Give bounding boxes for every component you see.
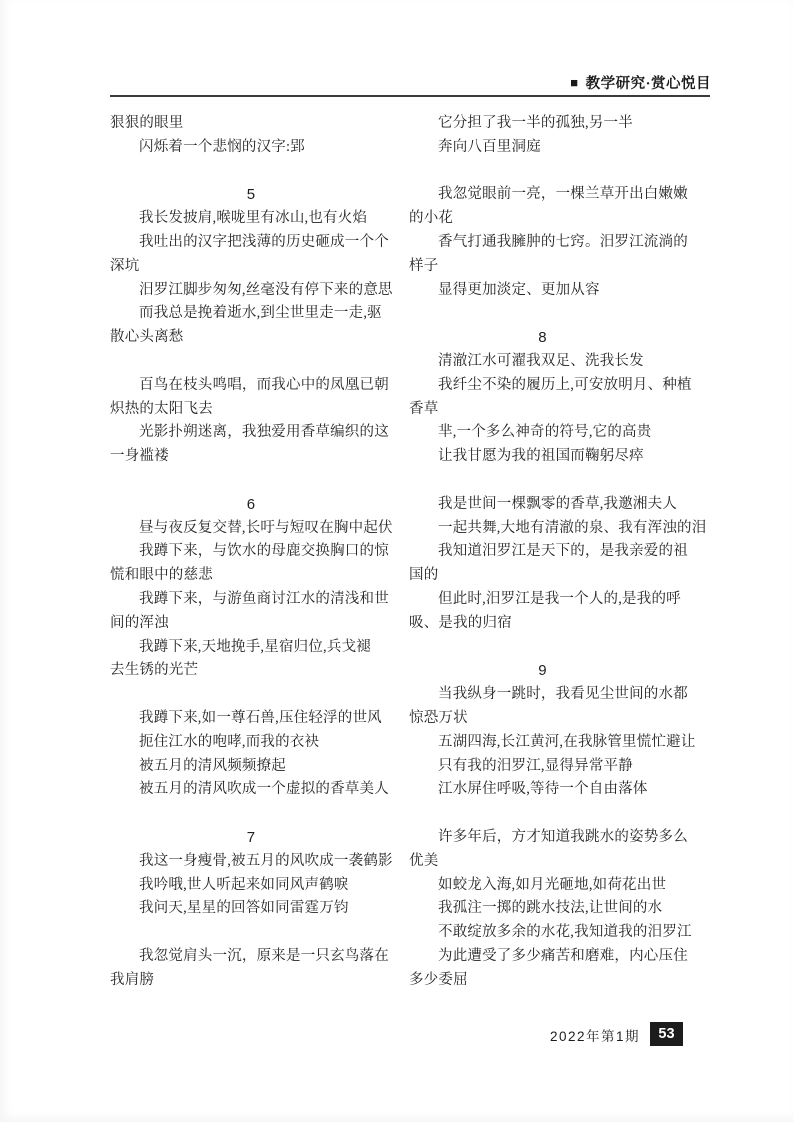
poem-line: 昼与夜反复交替,长吁与短叹在胸中起伏: [110, 517, 392, 541]
poem-line: 芈,一个多么神奇的符号,它的高贵: [409, 421, 712, 445]
poem-line: 被五月的清风吹成一个虚拟的香草美人: [110, 778, 392, 802]
poem-line: 如蛟龙入海,如月光砸地,如荷花出世: [409, 874, 712, 898]
poem-line: 闪烁着一个悲悯的汉字:郢: [110, 136, 392, 160]
poem-line-continuation: 慌和眼中的慈悲: [110, 564, 392, 588]
poem-line: 让我甘愿为我的祖国而鞠躬尽瘁: [409, 445, 712, 469]
header-rule: [110, 95, 710, 97]
stanza-number: 6: [110, 493, 392, 517]
poem-line: 当我纵身一跳时，我看见尘世间的水都: [409, 683, 712, 707]
poem-line: 我忽觉肩头一沉，原来是一只玄鸟落在: [110, 945, 392, 969]
poem-line: 五湖四海,长江黄河,在我脉管里慌忙避让: [409, 731, 712, 755]
poem-column-right: 它分担了我一半的孤独,另一半奔向八百里洞庭我忽觉眼前一亮，一棵兰草开出白嫩嫩的小…: [409, 112, 712, 992]
blank-line: [409, 469, 712, 493]
poem-line: 我吐出的汉字把浅薄的历史砸成一个个: [110, 231, 392, 255]
poem-line: 我吟哦,世人听起来如同风声鹤唳: [110, 874, 392, 898]
poem-line-continuation: 间的浑浊: [110, 612, 392, 636]
journal-page: ■教学研究·赏心悦目 狠狠的眼里闪烁着一个悲悯的汉字:郢5我长发披肩,喉咙里有冰…: [0, 0, 793, 1122]
poem-line: 香气打通我臃肿的七窍。汨罗江流淌的: [409, 231, 712, 255]
blank-line: [110, 683, 392, 707]
issue-label: 2022年第1期: [550, 1025, 640, 1045]
blank-line: [409, 802, 712, 826]
blank-line: [110, 160, 392, 184]
poem-line: 我蹲下来,天地挽手,星宿归位,兵戈褪: [110, 636, 392, 660]
poem-line-continuation: 一身褴褛: [110, 445, 392, 469]
poem-line-continuation: 香草: [409, 398, 712, 422]
poem-line: 我这一身瘦骨,被五月的风吹成一袭鹤影: [110, 850, 392, 874]
page-number-badge: 53: [650, 1022, 683, 1046]
poem-line: 我忽觉眼前一亮，一棵兰草开出白嫩嫩: [409, 183, 712, 207]
poem-line-continuation: 的小花: [409, 207, 712, 231]
poem-line: 我问天,星星的回答如同雷霆万钧: [110, 897, 392, 921]
blank-line: [110, 469, 392, 493]
poem-line: 我蹲下来,如一尊石兽,压住轻浮的世风: [110, 707, 392, 731]
poem-line-continuation: 国的: [409, 564, 712, 588]
poem-line-continuation: 优美: [409, 850, 712, 874]
poem-line: 而我总是挽着逝水,到尘世里走一走,驱: [110, 302, 392, 326]
poem-line: 光影扑朔迷离，我独爱用香草编织的这: [110, 421, 392, 445]
poem-line: 我蹲下来，与饮水的母鹿交换胸口的惊: [110, 540, 392, 564]
poem-line-continuation: 多少委屈: [409, 969, 712, 993]
page-header: ■教学研究·赏心悦目: [570, 75, 711, 93]
poem-line: 为此遭受了多少痛苦和磨难，内心压住: [409, 945, 712, 969]
stanza-number: 7: [110, 826, 392, 850]
blank-line: [110, 802, 392, 826]
poem-line: 我蹲下来，与游鱼商讨江水的清浅和世: [110, 588, 392, 612]
poem-line: 扼住江水的咆哮,而我的衣袂: [110, 731, 392, 755]
poem-line-continuation: 深坑: [110, 255, 392, 279]
poem-line: 我是世间一棵飘零的香草,我邀湘夫人: [409, 493, 712, 517]
poem-line: 百鸟在枝头鸣唱，而我心中的凤凰已朝: [110, 374, 392, 398]
poem-line: 清澈江水可濯我双足、洗我长发: [409, 350, 712, 374]
blank-line: [110, 350, 392, 374]
poem-line: 奔向八百里洞庭: [409, 136, 712, 160]
header-label: 教学研究·赏心悦目: [586, 76, 711, 92]
poem-line-continuation: 去生锈的光芒: [110, 659, 392, 683]
poem-line: 我知道汨罗江是天下的，是我亲爱的祖: [409, 540, 712, 564]
stanza-number: 9: [409, 659, 712, 683]
poem-line: 被五月的清风频频撩起: [110, 755, 392, 779]
poem-line-continuation: 我肩膀: [110, 969, 392, 993]
poem-line-continuation: 散心头离愁: [110, 326, 392, 350]
poem-line: 许多年后，方才知道我跳水的姿势多么: [409, 826, 712, 850]
poem-line-continuation: 吸、是我的归宿: [409, 612, 712, 636]
poem-line: 不敢绽放多余的水花,我知道我的汨罗江: [409, 921, 712, 945]
stanza-number: 8: [409, 326, 712, 350]
poem-line: 汨罗江脚步匆匆,丝毫没有停下来的意思: [110, 279, 392, 303]
poem-line-continuation: 狠狠的眼里: [110, 112, 392, 136]
blank-line: [110, 921, 392, 945]
poem-line: 我孤注一掷的跳水技法,让世间的水: [409, 897, 712, 921]
poem-line-continuation: 炽热的太阳飞去: [110, 398, 392, 422]
blank-line: [409, 302, 712, 326]
page-footer: 2022年第1期 53: [0, 1021, 793, 1049]
stanza-number: 5: [110, 183, 392, 207]
poem-line: 它分担了我一半的孤独,另一半: [409, 112, 712, 136]
poem-line-continuation: 惊恐万状: [409, 707, 712, 731]
poem-line: 江水屏住呼吸,等待一个自由落体: [409, 778, 712, 802]
poem-line: 我纤尘不染的履历上,可安放明月、种植: [409, 374, 712, 398]
blank-line: [409, 636, 712, 660]
poem-line-continuation: 样子: [409, 255, 712, 279]
blank-line: [409, 160, 712, 184]
poem-line: 显得更加淡定、更加从容: [409, 279, 712, 303]
poem-line: 一起共舞,大地有清澈的泉、我有浑浊的泪: [409, 517, 712, 541]
poem-line: 我长发披肩,喉咙里有冰山,也有火焰: [110, 207, 392, 231]
poem-line: 但此时,汨罗江是我一个人的,是我的呼: [409, 588, 712, 612]
poem-line: 只有我的汨罗江,显得异常平静: [409, 755, 712, 779]
section-marker-icon: ■: [570, 74, 578, 92]
poem-column-left: 狠狠的眼里闪烁着一个悲悯的汉字:郢5我长发披肩,喉咙里有冰山,也有火焰我吐出的汉…: [110, 112, 392, 992]
